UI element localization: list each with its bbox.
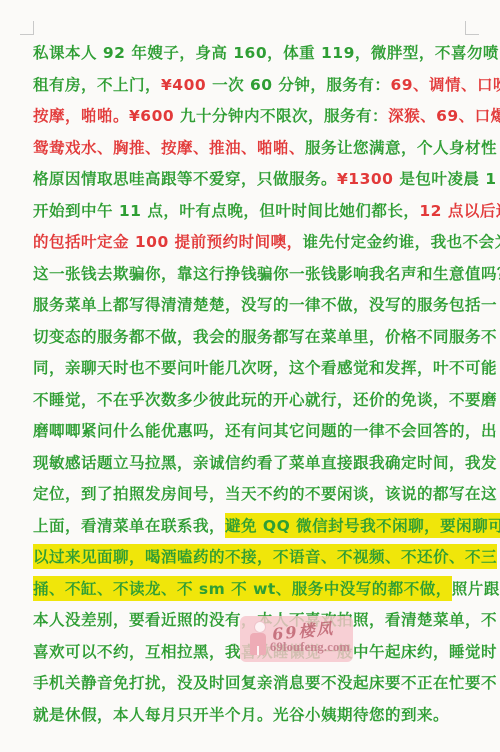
text-line: 上面，看清菜单在联系我，避免 QQ 微信封号我不闲聊，要闲聊可: [33, 511, 468, 543]
text-segment: 开始到中午 11 点，叶有点晚，但叶时间比她们都长，: [33, 202, 419, 220]
text-line: 格原因情取思哇高跟等不爱穿，只做服务。¥1300 是包叶凌晨 1 点: [33, 164, 468, 196]
text-segment: 这一张钱去欺骗你，靠这行挣钱骗你一张钱影响我名声和生意值吗？: [33, 265, 500, 283]
text-segment: 12 点以后过来: [419, 202, 500, 220]
text-segment: ¥400: [161, 76, 212, 94]
text-line: 切变态的服务都不做，我会的服务都写在菜单里，价格不同服务不: [33, 322, 468, 354]
text-segment: 上面，看清菜单在联系我，: [33, 517, 225, 535]
text-line: 租有房，不上门，¥400 一次 60 分钟，服务有：69、调情、口吹、: [33, 70, 468, 102]
text-line: 以过来见面聊，喝酒嗑药的不接，不语音、不视频、不还价、不三: [33, 542, 468, 574]
text-line: 服务菜单上都写得清清楚楚，没写的一律不做，没写的服务包括一: [33, 290, 468, 322]
text-segment: 服务菜单上都写得清清楚楚，没写的一律不做，没写的服务包括一: [33, 296, 497, 314]
text-segment: 服务让您满意，个人身材性: [305, 139, 497, 157]
text-segment: 就是休假，本人每月只开半个月。光谷小姨期待您的到来。: [33, 706, 449, 724]
text-line: 就是休假，本人每月只开半个月。光谷小姨期待您的到来。: [33, 700, 468, 732]
text-line: 定位，到了拍照发房间号，当天不约的不要闲谈，该说的都写在这: [33, 479, 468, 511]
text-line: 现敏感话题立马拉黑，亲诚信约看了菜单直接跟我确定时间，我发: [33, 448, 468, 480]
text-line: 鸳鸯戏水、胸推、按摩、推油、啪啪、服务让您满意，个人身材性: [33, 133, 468, 165]
text-segment: 按摩，啪啪。¥600: [33, 107, 180, 125]
text-line: 私课本人 92 年嫂子，身高 160，体重 119，微胖型，不喜勿喷!光谷: [33, 38, 468, 70]
text-segment: 不睡觉，不在乎次数多少彼此玩的开心就行，还价的免谈，不要磨: [33, 391, 497, 409]
text-line: 捅、不缸、不读龙、不 sm 不 wt、服务中没写的都不做，照片跟我: [33, 574, 468, 606]
text-line: 磨唧唧紧问什么能优惠吗，还有问其它问题的一律不会回答的，出: [33, 416, 468, 448]
text-line: 手机关静音免打扰，没及时回复亲消息要不没起床要不正在忙要不: [33, 668, 468, 700]
text-line: 按摩，啪啪。¥600 九十分钟内不限次，服务有：深猴、69、口爆、: [33, 101, 468, 133]
text-segment: 私课本人 92 年嫂子，身高 160，体重 119，微胖型，不喜勿喷!光谷: [33, 44, 500, 62]
text-segment: 谁先付定金约谁，我也不会为: [303, 233, 500, 251]
text-boundary-corner-top-right: [465, 21, 479, 35]
text-line: 开始到中午 11 点，叶有点晚，但叶时间比她们都长，12 点以后过来: [33, 196, 468, 228]
text-segment: 磨唧唧紧问什么能优惠吗，还有问其它问题的一律不会回答的，出: [33, 422, 497, 440]
text-segment: 是包叶凌晨 1 点: [399, 170, 500, 188]
text-segment: 的包括叶定金 100 提前预约时间噢，: [33, 233, 303, 251]
text-segment: 69、调情、口吹、: [390, 76, 500, 94]
text-line: 这一张钱去欺骗你，靠这行挣钱骗你一张钱影响我名声和生意值吗？: [33, 259, 468, 291]
text-segment: 同，亲聊天时也不要问叶能几次呀，这个看感觉和发挥，叶不可能: [33, 359, 497, 377]
text-boundary-corner-top-left: [20, 21, 34, 35]
text-segment: 九十分钟内不限次，服务有：: [180, 107, 388, 125]
person-body-icon: [250, 633, 266, 655]
person-head-icon: [254, 621, 266, 633]
text-line: 的包括叶定金 100 提前预约时间噢，谁先付定金约谁，我也不会为: [33, 227, 468, 259]
watermark-badge: 69楼凤 69loufeng.com: [240, 616, 353, 662]
text-segment: 租有房，不上门，: [33, 76, 161, 94]
text-segment: 深猴、69、口爆、: [388, 107, 500, 125]
text-segment: 以过来见面聊，喝酒嗑药的不接，不语音、不视频、不还价、不三: [33, 544, 497, 569]
text-segment: 照片跟我: [452, 580, 500, 598]
text-segment: ¥1300: [337, 170, 399, 188]
text-line: 不睡觉，不在乎次数多少彼此玩的开心就行，还价的免谈，不要磨: [33, 385, 468, 417]
text-segment: 格原因情取思哇高跟等不爱穿，只做服务。: [33, 170, 337, 188]
text-segment: 定位，到了拍照发房间号，当天不约的不要闲谈，该说的都写在这: [33, 485, 497, 503]
text-segment: 一次 60 分钟，服务有：: [212, 76, 390, 94]
watermark-url-text: 69loufeng.com: [270, 640, 352, 655]
text-line: 同，亲聊天时也不要问叶能几次呀，这个看感觉和发挥，叶不可能: [33, 353, 468, 385]
text-segment: 现敏感话题立马拉黑，亲诚信约看了菜单直接跟我确定时间，我发: [33, 454, 497, 472]
text-segment: 手机关静音免打扰，没及时回复亲消息要不没起床要不正在忙要不: [33, 674, 497, 692]
text-segment: 避免 QQ 微信封号我不闲聊，要闲聊可: [225, 513, 500, 538]
text-segment: 捅、不缸、不读龙、不 sm 不 wt、服务中没写的都不做，: [33, 576, 452, 601]
text-segment: 切变态的服务都不做，我会的服务都写在菜单里，价格不同服务不: [33, 328, 497, 346]
person-icon: [250, 621, 268, 657]
text-segment: 鸳鸯戏水、胸推、按摩、推油、啪啪、: [33, 139, 305, 157]
document-page: 私课本人 92 年嫂子，身高 160，体重 119，微胖型，不喜勿喷!光谷租有房…: [0, 0, 500, 752]
